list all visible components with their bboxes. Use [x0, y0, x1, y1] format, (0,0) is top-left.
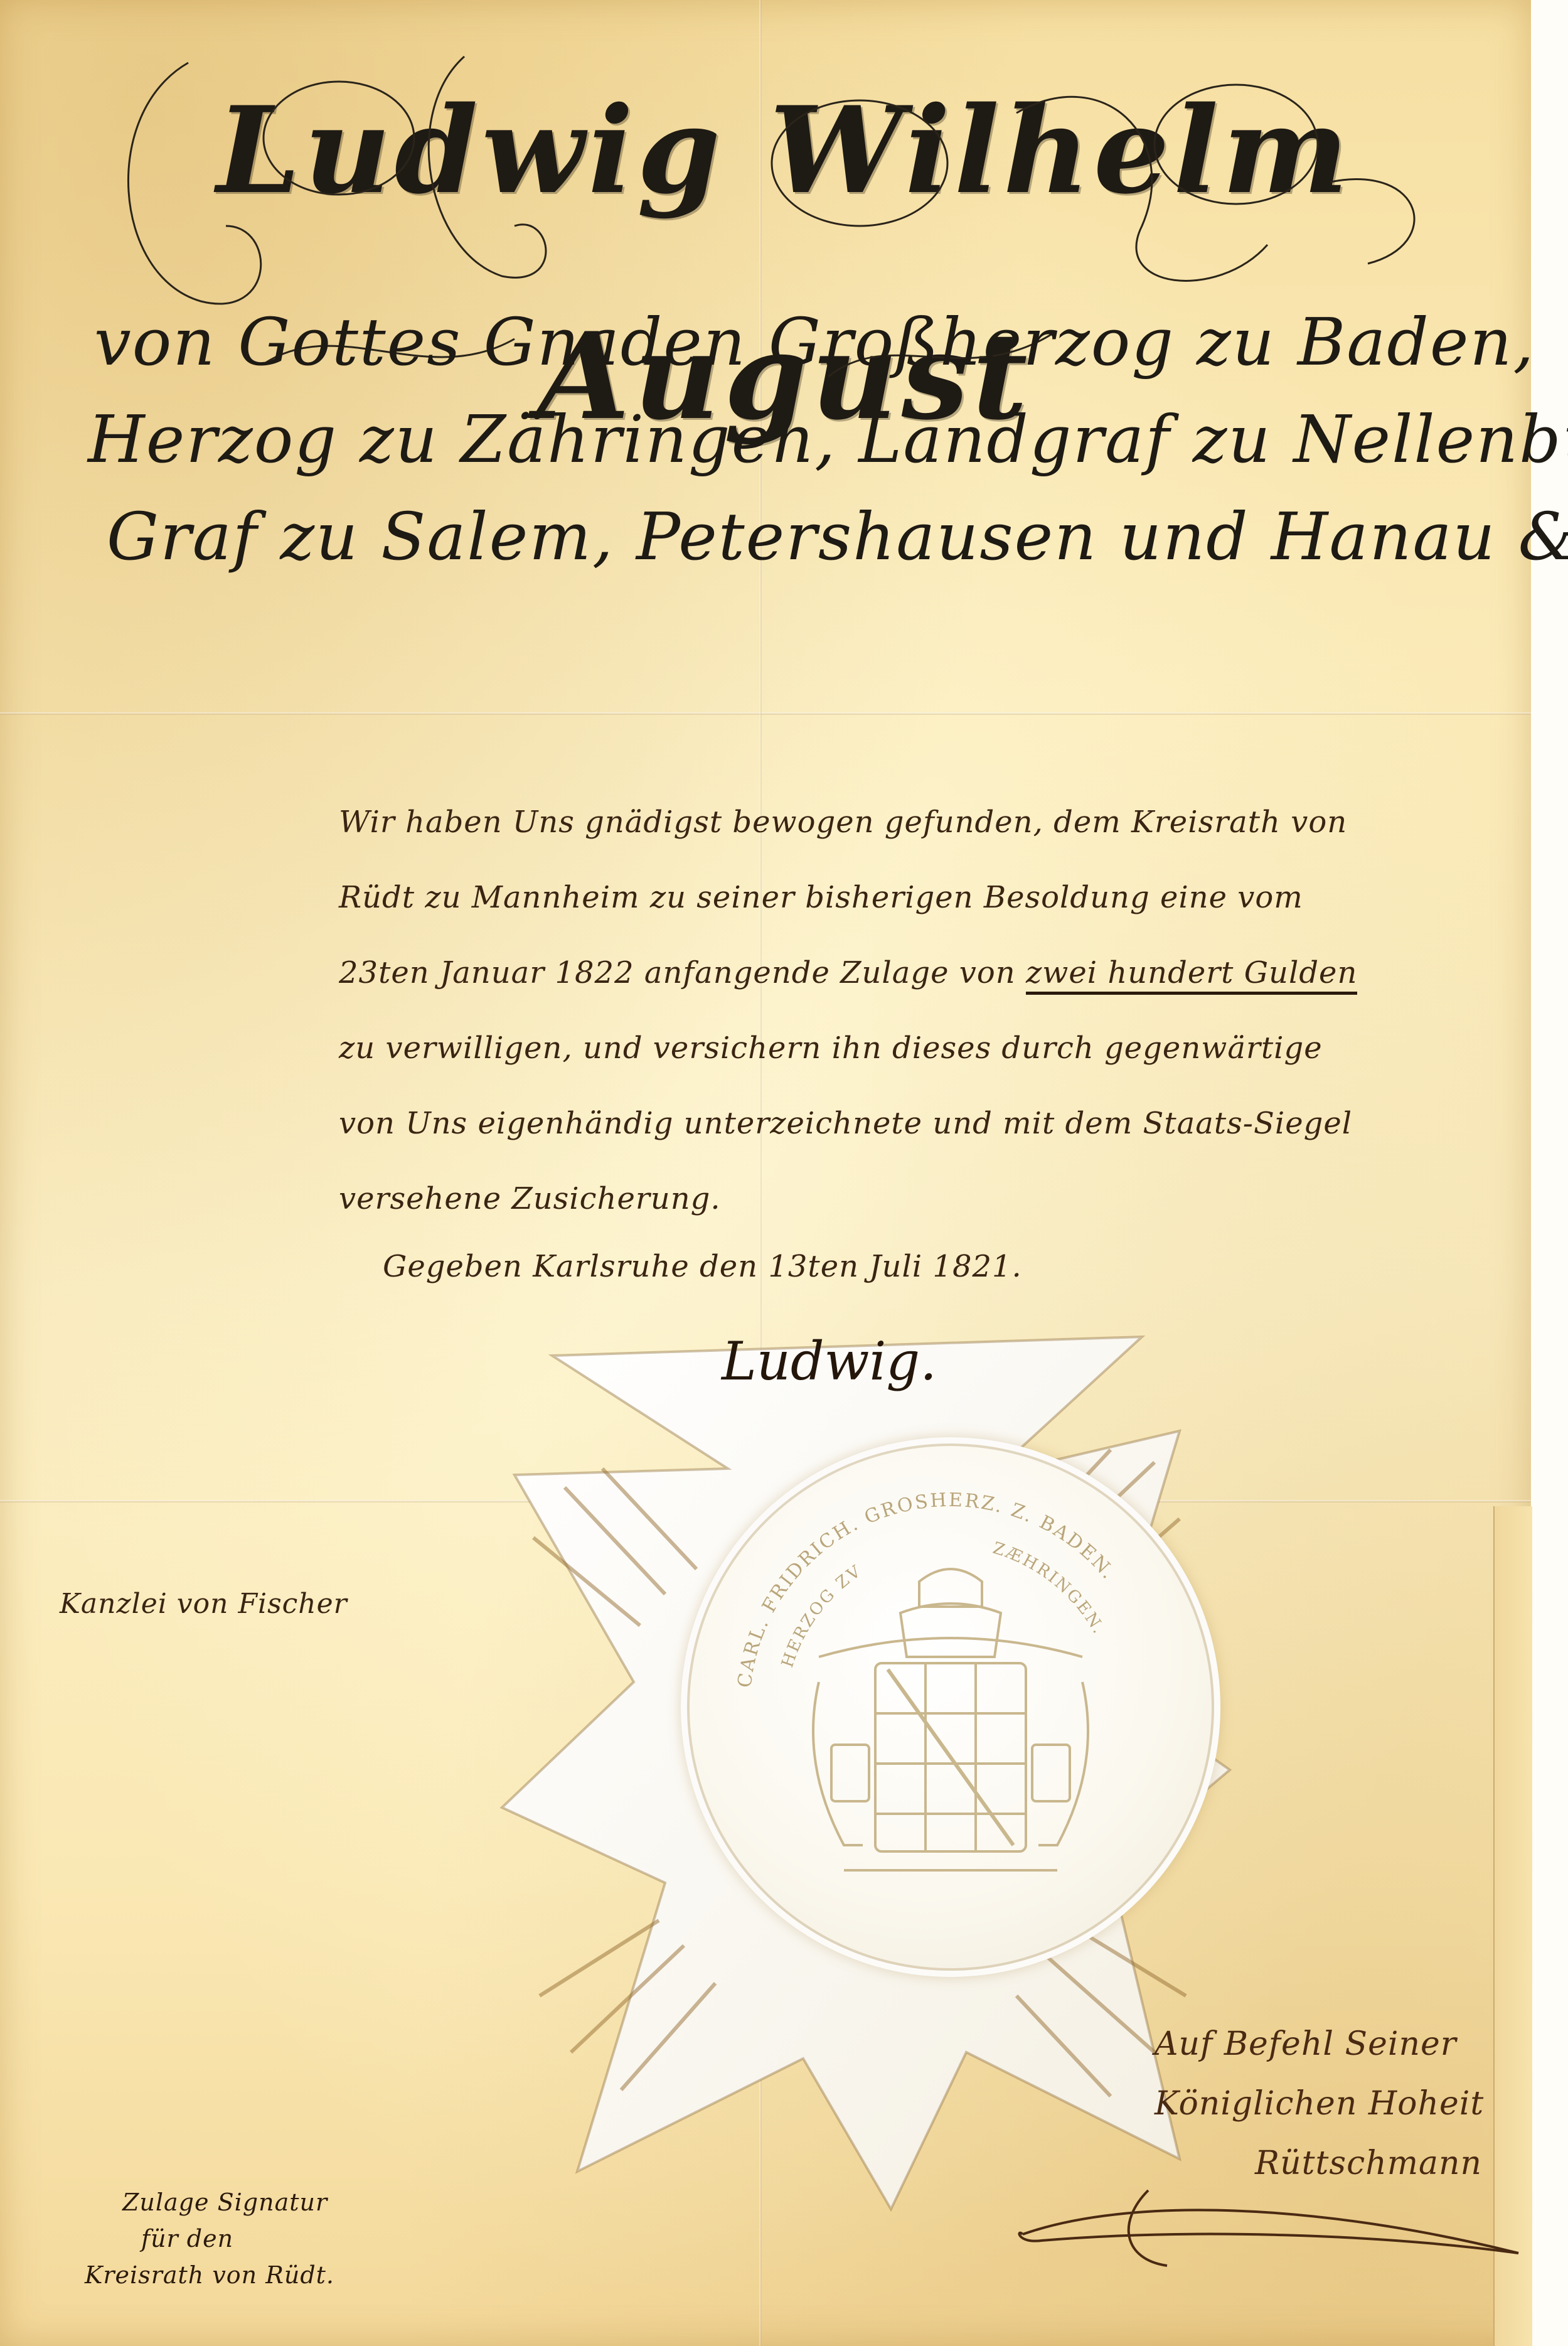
body-line: Wir haben Uns gnädigst bewogen gefunden,… [339, 785, 1518, 860]
registry-note-line: Kreisrath von Rüdt. [85, 2257, 334, 2293]
countersign-line: Auf Befehl Seiner [1155, 2015, 1531, 2074]
chancery-note: Kanzlei von Fischer [60, 1588, 348, 1620]
sovereign-signature: Ludwig. [722, 1331, 937, 1392]
body-line-text: 23ten Januar 1822 anfangende Zulage von [339, 955, 1016, 990]
amount-underlined: zwei hundert Gulden [1026, 955, 1357, 995]
registry-note: Zulage Signatur für den Kreisrath von Rü… [85, 2184, 334, 2293]
dating-clause: Gegeben Karlsruhe den 13ten Juli 1821. [383, 1249, 1022, 1284]
body-text: Wir haben Uns gnädigst bewogen gefunden,… [339, 785, 1518, 1236]
countersign-line: Königlichen Hoheit [1155, 2074, 1531, 2134]
body-line: von Uns eigenhändig unterzeichnete und m… [339, 1086, 1518, 1161]
countersignature-block: Auf Befehl Seiner Königlichen Hoheit Rüt… [1155, 2015, 1531, 2193]
registry-note-line: Zulage Signatur [85, 2184, 334, 2220]
style-line-2: Herzog zu Zähringen, Landgraf zu Nellenb… [88, 392, 1568, 486]
body-line: Rüdt zu Mannheim zu seiner bisherigen Be… [339, 860, 1518, 935]
style-line-1: von Gottes Gnaden Großherzog zu Baden, [94, 295, 1535, 389]
body-line: 23ten Januar 1822 anfangende Zulage von … [339, 935, 1518, 1010]
coat-of-arms-icon [794, 1556, 1107, 1908]
body-line: versehene Zusicherung. [339, 1161, 1518, 1236]
style-line-3: Graf zu Salem, Petershausen und Hanau &c… [107, 490, 1568, 584]
fold-line [0, 712, 1531, 715]
registry-note-line: für den [85, 2220, 334, 2257]
signature-flourish-icon [1004, 2184, 1537, 2272]
body-line: zu verwilligen, und versichern ihn diese… [339, 1010, 1518, 1086]
